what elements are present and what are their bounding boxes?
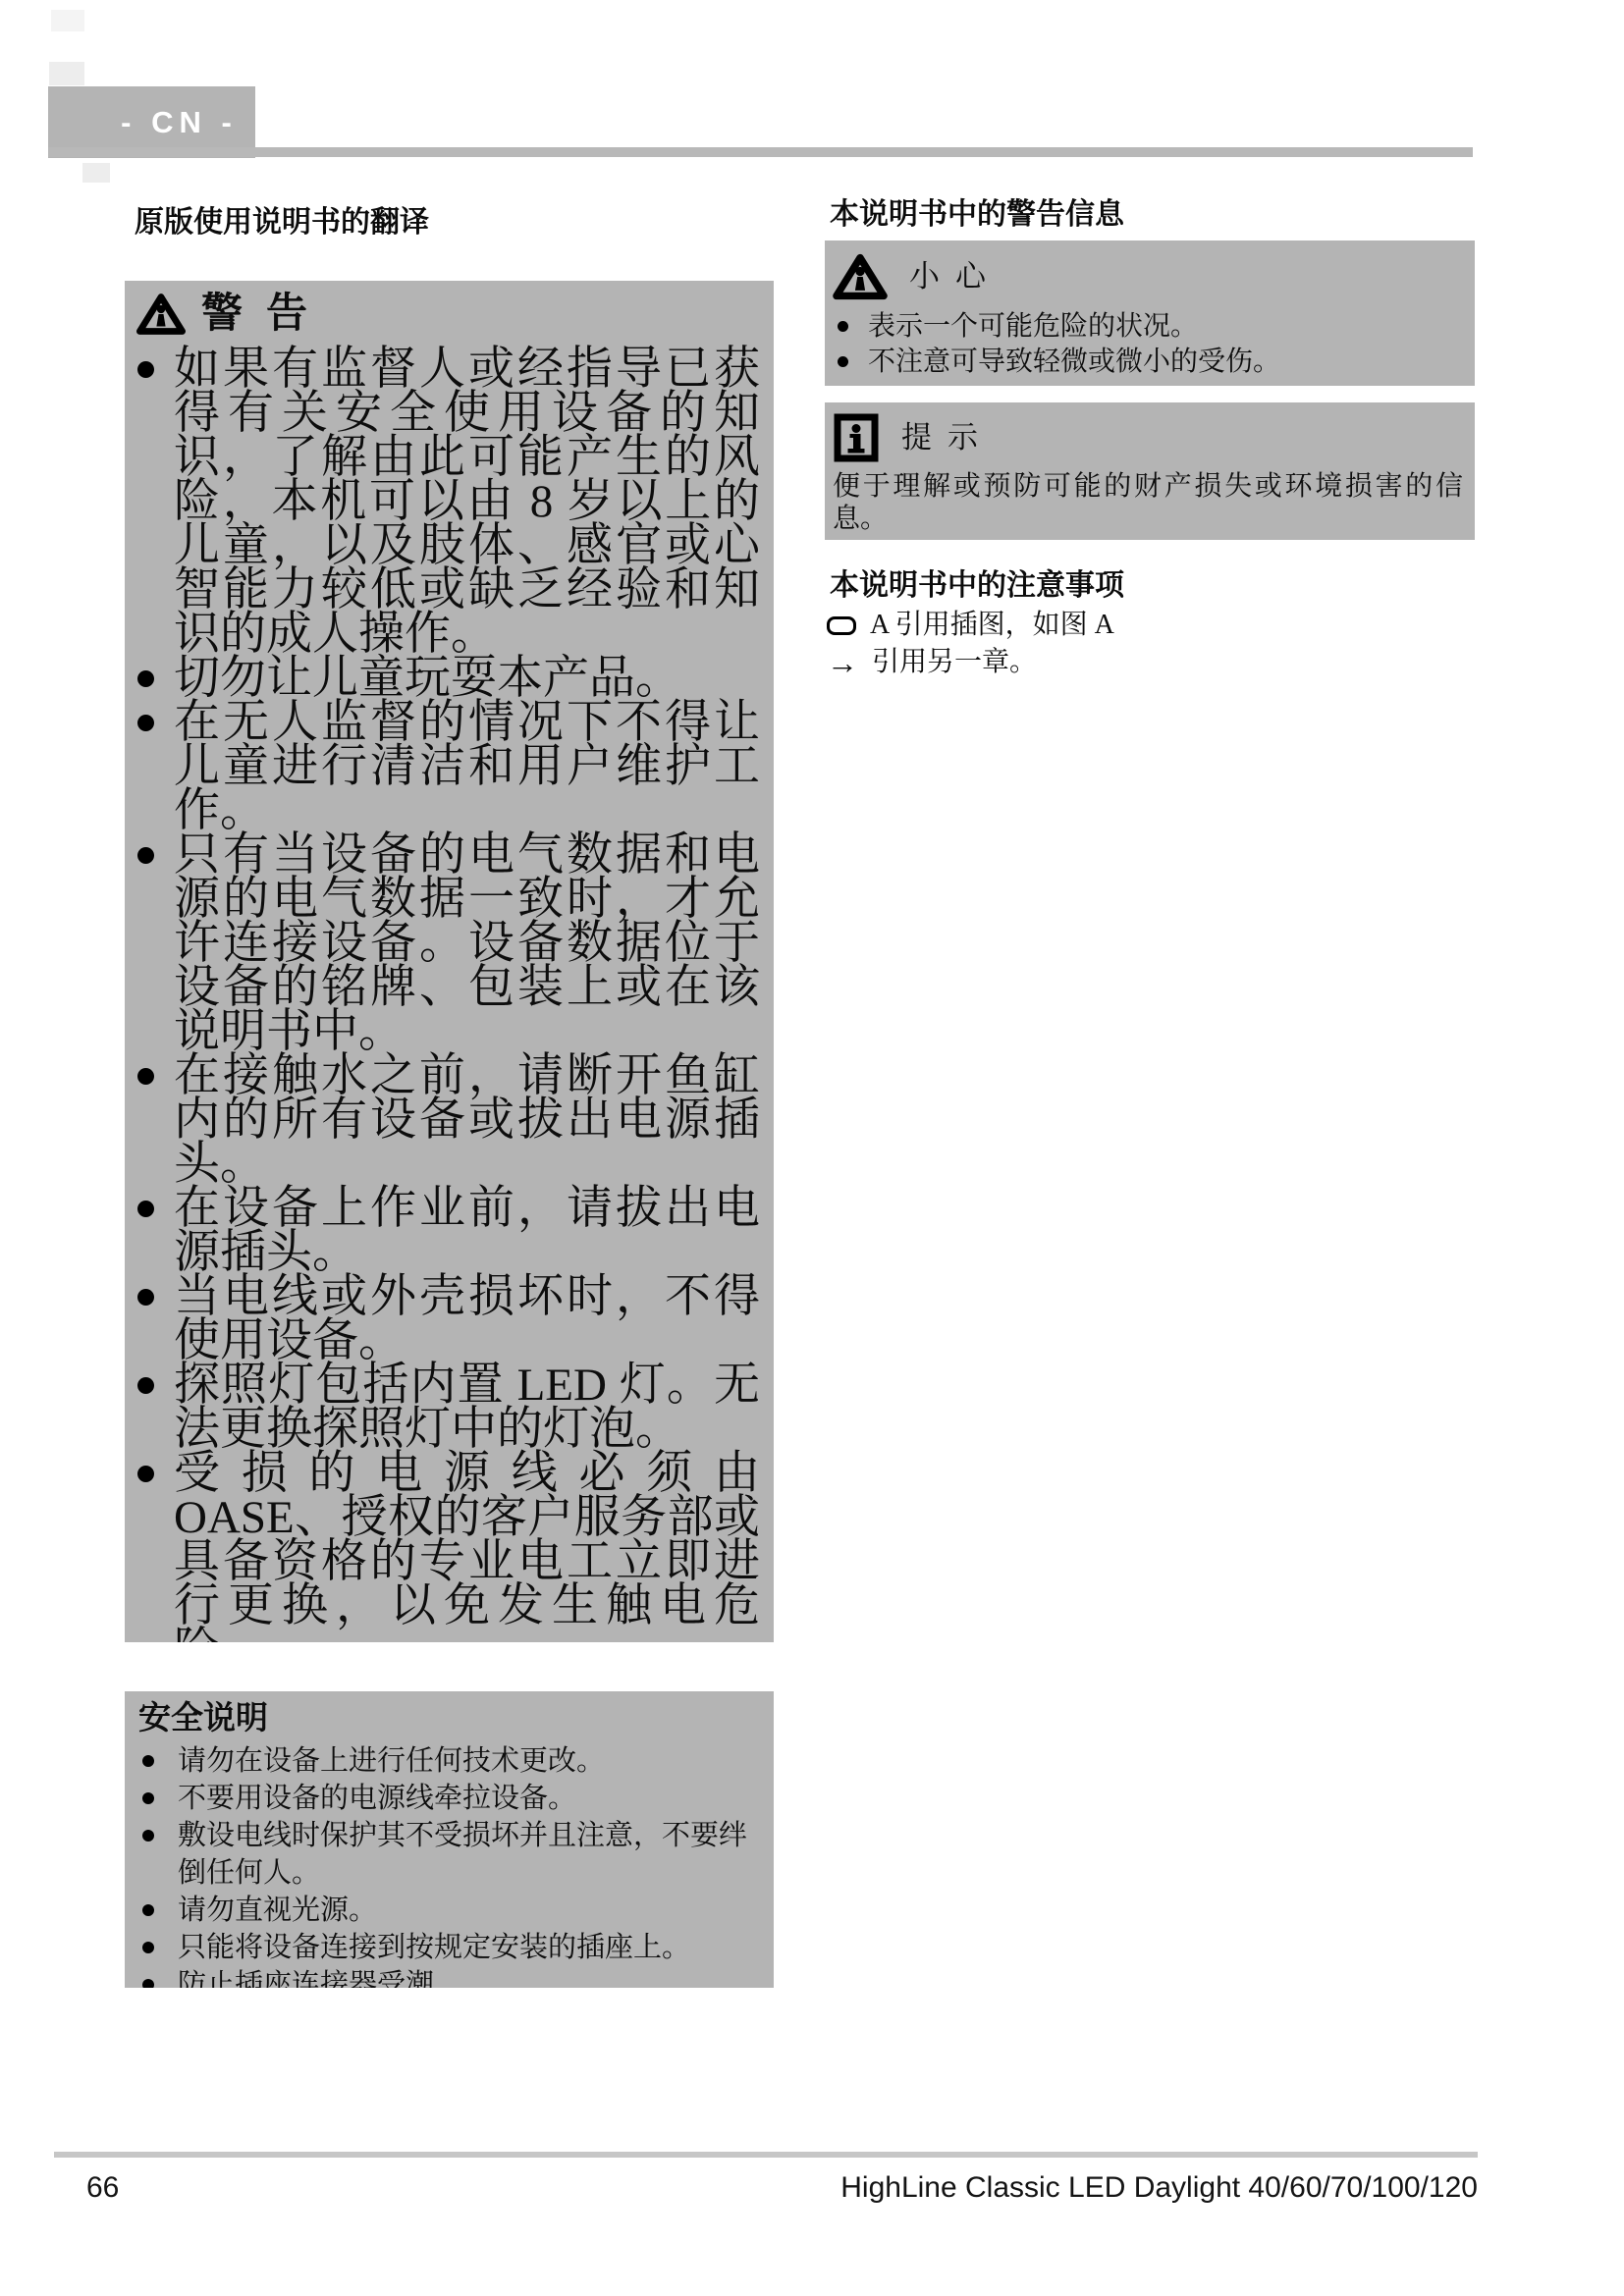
scan-artifact	[51, 10, 84, 31]
manual-page: - CN - 原版使用说明书的翻译 警告 如果有监督人或经指导已获得有关安全使用…	[0, 0, 1624, 2296]
safety-instructions-box: 安全说明 请勿在设备上进行任何技术更改。 不要用设备的电源线牵拉设备。 敷设电线…	[125, 1691, 774, 1988]
page-number: 66	[86, 2171, 119, 2205]
safety-list-item: 防止插座连接器受潮。	[136, 1966, 760, 1988]
header-rule	[48, 147, 1473, 157]
safety-list-item: 请勿直视光源。	[136, 1892, 760, 1929]
caution-list-item: 不注意可导致轻微或微小的受伤。	[833, 345, 1463, 380]
product-name-footer: HighLine Classic LED Daylight 40/60/70/1…	[840, 2171, 1478, 2205]
safety-list-item: 不要用设备的电源线牵拉设备。	[136, 1780, 760, 1817]
chapter-reference-line: → 引用另一章。	[827, 646, 1037, 679]
safety-list-item: 请勿在设备上进行任何技术更改。	[136, 1742, 760, 1780]
warning-box: 警告 如果有监督人或经指导已获得有关安全使用设备的知识，了解由此可能产生的风险，…	[125, 281, 774, 1642]
warning-box-title: 警告	[201, 292, 331, 337]
warning-list-item: 探照灯包括内置 LED 灯。无法更换探照灯中的灯泡。	[135, 1363, 760, 1452]
warning-triangle-icon	[833, 252, 888, 301]
caution-box: 小心 表示一个可能危险的状况。 不注意可导致轻微或微小的受伤。	[825, 240, 1475, 386]
scan-artifact	[49, 62, 84, 85]
note-box-body: 便于理解或预防可能的财产损失或环境损害的信息。	[833, 470, 1463, 535]
warning-info-heading: 本说明书中的警告信息	[830, 198, 1124, 232]
warning-list-item: 受损的电源线必须由 OASE、授权的客户服务部或具备资格的专业电工立即进行更换，…	[135, 1452, 760, 1642]
safety-box-title: 安全说明	[138, 1697, 760, 1740]
safety-list-item: 只能将设备连接到按规定安装的插座上。	[136, 1929, 760, 1966]
safety-list-item: 敷设电线时保护其不受损坏并且注意，不要绊倒任何人。	[136, 1817, 760, 1892]
figure-reference-line: A 引用插图，如图 A	[827, 609, 1114, 642]
caution-list: 表示一个可能危险的状况。 不注意可导致轻微或微小的受伤。	[833, 309, 1463, 380]
warning-list-item: 在接触水之前，请断开鱼缸内的所有设备或拔出电源插头。	[135, 1054, 760, 1187]
warning-list-item: 在设备上作业前，请拔出电源插头。	[135, 1187, 760, 1275]
intro-heading: 原版使用说明书的翻译	[135, 206, 429, 240]
warning-list-item: 在无人监督的情况下不得让儿童进行清洁和用户维护工作。	[135, 701, 760, 833]
chapter-reference-text: 引用另一章。	[872, 646, 1037, 679]
notes-heading: 本说明书中的注意事项	[830, 569, 1124, 603]
caution-box-title: 小心	[909, 260, 1001, 294]
caution-box-header: 小心	[833, 250, 1463, 303]
warning-list-item: 只有当设备的电气数据和电源的电气数据一致时，才允许连接设备。设备数据位于设备的铭…	[135, 833, 760, 1054]
caution-list-item: 表示一个可能危险的状况。	[833, 309, 1463, 345]
warning-triangle-icon	[136, 292, 186, 337]
warning-box-header: 警告	[136, 289, 760, 340]
footer-rule	[54, 2152, 1478, 2158]
figure-reference-text: A 引用插图，如图 A	[870, 609, 1114, 642]
warning-list: 如果有监督人或经指导已获得有关安全使用设备的知识，了解由此可能产生的风险，本机可…	[135, 347, 760, 1642]
scan-artifact	[82, 163, 110, 183]
info-book-icon	[833, 413, 880, 462]
arrow-right-icon: →	[827, 647, 858, 678]
language-tab-label: - CN -	[121, 105, 238, 140]
note-box: 提示 便于理解或预防可能的财产损失或环境损害的信息。	[825, 402, 1475, 540]
figure-reference-icon	[827, 616, 856, 635]
safety-list: 请勿在设备上进行任何技术更改。 不要用设备的电源线牵拉设备。 敷设电线时保护其不…	[136, 1742, 760, 1988]
warning-list-item: 当电线或外壳损坏时，不得使用设备。	[135, 1275, 760, 1363]
warning-list-item: 切勿让儿童玩耍本产品。	[135, 657, 760, 701]
note-box-title: 提示	[901, 421, 994, 454]
warning-list-item: 如果有监督人或经指导已获得有关安全使用设备的知识，了解由此可能产生的风险，本机可…	[135, 347, 760, 657]
note-box-header: 提示	[833, 411, 1463, 464]
